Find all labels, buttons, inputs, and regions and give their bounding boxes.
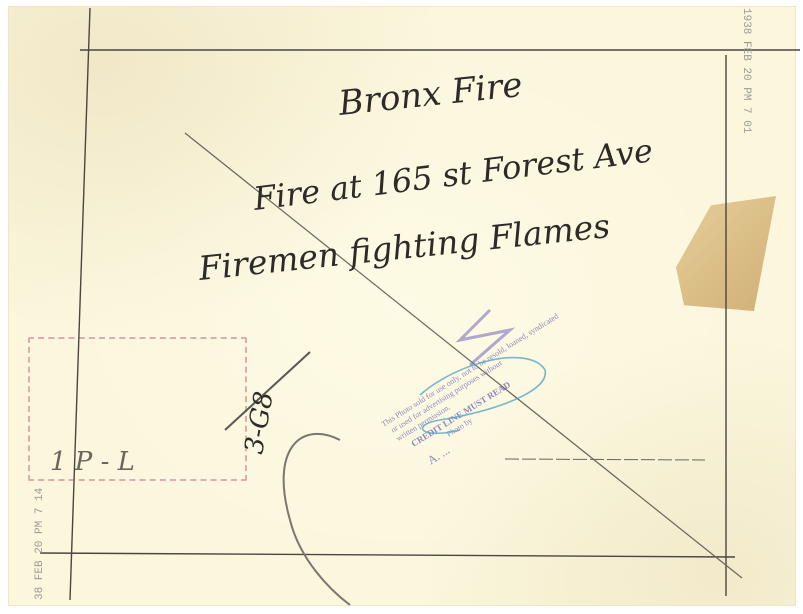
handwriting-line-2: Fire at 165 st Forest Ave bbox=[250, 131, 655, 218]
pencil-arc bbox=[284, 434, 350, 605]
date-stamp-bottom-left: 38 FEB 20 PM 7 14 bbox=[34, 487, 46, 600]
credit-stamp-line-6: A. ... bbox=[425, 443, 452, 467]
red-box-note: 1 P - L bbox=[50, 447, 135, 477]
handwriting-line-1: Bronx Fire bbox=[336, 65, 525, 124]
date-stamp-top-right: 1938 FEB 20 PM 7 01 bbox=[740, 8, 752, 134]
bottom-horizontal-crop-line bbox=[40, 553, 735, 557]
faint-horizontal-line bbox=[505, 459, 705, 460]
left-vertical-crop-line bbox=[70, 8, 90, 600]
markings-layer: Bronx Fire Fire at 165 st Forest Ave Fir… bbox=[0, 0, 803, 614]
crop-note: 3-G8 bbox=[239, 389, 279, 456]
handwriting-line-3: Firemen fighting Flames bbox=[196, 206, 612, 288]
